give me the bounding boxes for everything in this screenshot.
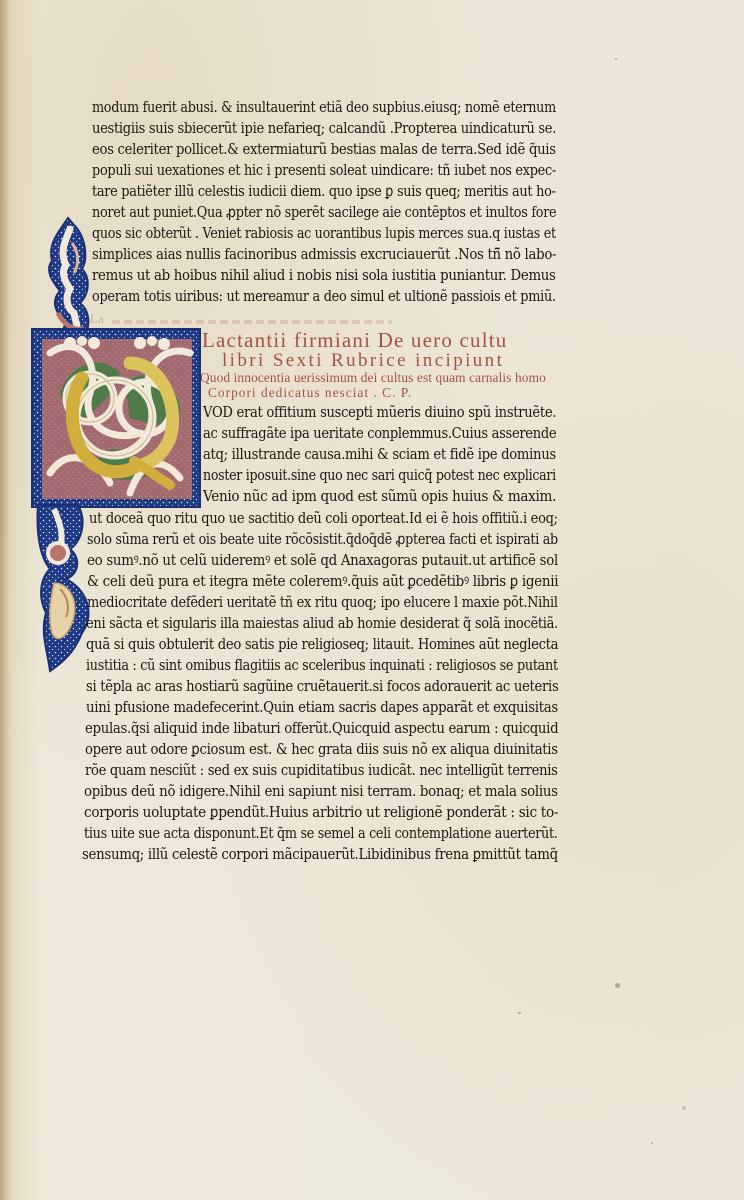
rubric-title-line-4: Corpori dedicatus nesciat . C. P. — [208, 385, 412, 401]
text-line: atq; illustrande causa.mihi & sciam et f… — [203, 444, 556, 464]
foxing-speck — [518, 1012, 521, 1014]
text-line: ac suffragãte ipa ueritate conplemmus.Cu… — [203, 423, 556, 443]
text-line: opere aut odore ꝑciosum est. & hec grata… — [85, 739, 558, 759]
text-line: solo sũma rerũ et ois beate uite rõcõsis… — [87, 529, 558, 549]
text-line: Venio nũc ad ipm quod est sũmũ opis huiu… — [203, 486, 556, 506]
text-line: quã si quis obtulerit deo satis pie reli… — [86, 634, 558, 654]
text-line: tius uite sue acta disponunt.Et q̃m se s… — [84, 823, 558, 843]
text-line: noster iposuit.sine quo nec sari quicq̃ … — [203, 465, 556, 485]
manuscript-page: modum fuerit abusi. & insultauerint etiã… — [0, 0, 744, 1200]
foxing-speck — [615, 58, 617, 60]
rubric-title-line-3: Quod innocentia uerissimum dei cultus es… — [200, 370, 546, 386]
foxing-speck — [615, 983, 620, 988]
rubric-title-line-2: libri Sexti Rubrice incipiunt — [222, 350, 504, 372]
text-line: epulas.q̃si aliquid inde libaturi offerũ… — [85, 718, 558, 738]
foxing-speck — [682, 1106, 686, 1110]
foxing-speck — [651, 1142, 653, 1144]
text-line: uestigiis suis sbiecerũt ipie nefarieq; … — [92, 118, 556, 138]
text-line: uini pfusione madefecerint.Quin etiam sa… — [86, 697, 558, 717]
text-line: populi sui uexationes et hic i presenti … — [92, 160, 556, 180]
text-line: mediocritate defẽderi ueritatẽ tñ ex rit… — [87, 592, 558, 612]
text-line: eo sumꝰ.nõ ut celũ uideremꝰ et solẽ qd A… — [87, 550, 558, 570]
text-line: sensumq; illũ celestẽ corpori mãcipauerũ… — [82, 844, 558, 864]
text-line: ut doceã quo ritu quo ue sactitio deũ co… — [89, 508, 558, 528]
gutter-shadow — [0, 0, 10, 1200]
text-line: rõe quam nesciũt : sed ex suis cupiditat… — [85, 760, 558, 780]
text-line: opibus deũ nõ idigere.Nihil eni sapiunt … — [84, 781, 558, 801]
text-line: eni sãcta et sigularis illa maiestas ali… — [86, 613, 558, 633]
text-line: tare patiẽter illũ celestis iudicii diem… — [92, 181, 556, 201]
text-line: modum fuerit abusi. & insultauerint etiã… — [92, 97, 556, 117]
text-line: corporis uoluptate ꝑpendũt.Huius arbitri… — [84, 802, 558, 822]
text-line: eos celeriter pollicet.& extermiaturũ be… — [92, 139, 556, 159]
text-line-initial-opening: VOD erat offitium suscepti mũeris diuino… — [203, 402, 556, 422]
text-line: & celi deũ pura et itegra mẽte coleremꝰ.… — [87, 571, 558, 591]
text-line: iustitia : cũ sint omibus flagitiis ac s… — [86, 655, 558, 675]
text-line: si tẽpla ac aras hostiarũ sagũine cruẽta… — [86, 676, 558, 696]
